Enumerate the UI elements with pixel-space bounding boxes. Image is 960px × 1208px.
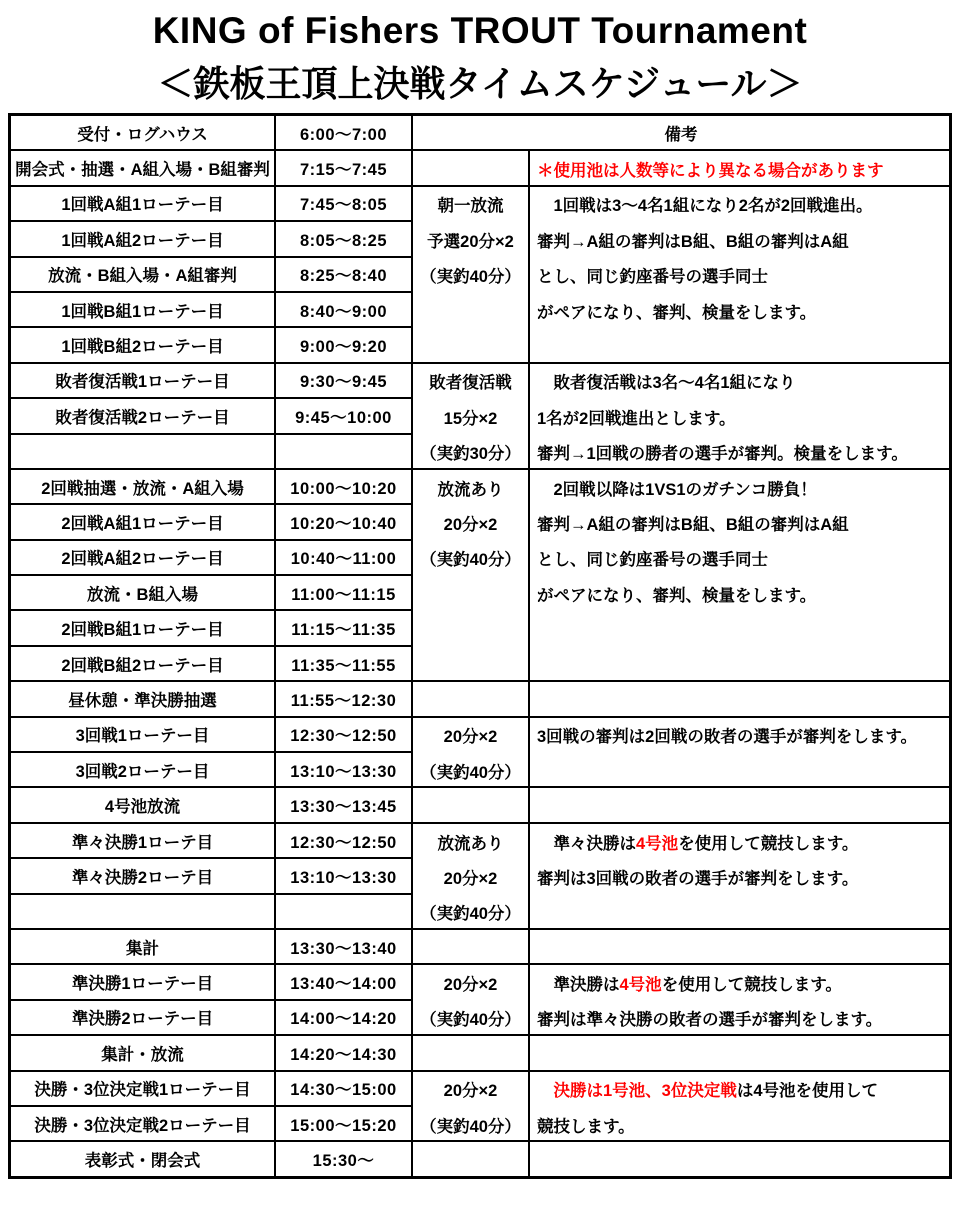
phase-cell: 放流あり20分×2（実釣40分） bbox=[413, 470, 528, 680]
remarks-cell: 準決勝は4号池を使用して競技します。審判は準々決勝の敗者の選手が審判をします。 bbox=[530, 965, 949, 1034]
event-cell: 放流・B組入場・A組審判 bbox=[11, 258, 274, 291]
time-cell: 11:00～11:15 bbox=[276, 576, 411, 609]
event-cell: 決勝・3位決定戦1ローテー目 bbox=[11, 1072, 274, 1105]
remark-line: 2回戦以降は1VS1のガチンコ勝負！ bbox=[537, 470, 949, 505]
remarks-cell bbox=[530, 788, 949, 821]
phase-cell bbox=[413, 930, 528, 963]
time-cell: 6:00～7:00 bbox=[276, 116, 411, 149]
event-cell: 1回戦A組1ローテー目 bbox=[11, 187, 274, 220]
phase-cell bbox=[413, 1036, 528, 1069]
phase-line: （実釣40分） bbox=[413, 258, 528, 293]
time-cell: 13:30～13:40 bbox=[276, 930, 411, 963]
phase-line: 敗者復活戦 bbox=[413, 364, 528, 399]
phase-line: （実釣40分） bbox=[413, 541, 528, 576]
time-cell: 8:25～8:40 bbox=[276, 258, 411, 291]
remark-line: がペアになり、審判、検量をします。 bbox=[537, 293, 949, 328]
time-cell: 14:00～14:20 bbox=[276, 1001, 411, 1034]
remarks-cell bbox=[530, 682, 949, 715]
time-cell: 9:30～9:45 bbox=[276, 364, 411, 397]
event-cell: 2回戦抽選・放流・A組入場 bbox=[11, 470, 274, 503]
event-cell: 開会式・抽選・A組入場・B組審判 bbox=[11, 151, 274, 184]
remarks-cell bbox=[530, 1036, 949, 1069]
time-cell: 12:30～12:50 bbox=[276, 718, 411, 751]
time-cell: 13:10～13:30 bbox=[276, 859, 411, 892]
remark-line: ＊使用池は人数等により異なる場合があります bbox=[537, 151, 949, 184]
time-cell: 7:15～7:45 bbox=[276, 151, 411, 184]
time-cell bbox=[276, 435, 411, 468]
phase-line: 20分×2 bbox=[413, 505, 528, 540]
phase-cell bbox=[413, 1142, 528, 1175]
remark-line: とし、同じ釣座番号の選手同士 bbox=[537, 258, 949, 293]
event-cell: 敗者復活戦2ローテー目 bbox=[11, 399, 274, 432]
event-cell: 4号池放流 bbox=[11, 788, 274, 821]
time-cell: 13:30～13:45 bbox=[276, 788, 411, 821]
phase-line: 20分×2 bbox=[413, 1072, 528, 1107]
phase-line: 放流あり bbox=[413, 824, 528, 859]
schedule-table: 備考 受付・ログハウス 6:00～7:00 開会式・抽選・A組入場・B組審判 7… bbox=[8, 113, 952, 1179]
event-cell: 放流・B組入場 bbox=[11, 576, 274, 609]
time-cell: 7:45～8:05 bbox=[276, 187, 411, 220]
event-cell: 1回戦B組1ローテー目 bbox=[11, 293, 274, 326]
time-cell: 13:10～13:30 bbox=[276, 753, 411, 786]
remarks-cell: 3回戦の審判は2回戦の敗者の選手が審判をします。 bbox=[530, 718, 949, 787]
phase-cell bbox=[413, 682, 528, 715]
time-cell: 11:55～12:30 bbox=[276, 682, 411, 715]
remarks-cell: 1回戦は3～4名1組になり2名が2回戦進出。審判→A組の審判はB組、B組の審判は… bbox=[530, 187, 949, 362]
remark-line: 審判は準々決勝の敗者の選手が審判をします。 bbox=[537, 1001, 949, 1034]
remark-line: 3回戦の審判は2回戦の敗者の選手が審判をします。 bbox=[537, 718, 949, 753]
phase-cell: 20分×2（実釣40分） bbox=[413, 1072, 528, 1141]
time-cell: 13:40～14:00 bbox=[276, 965, 411, 998]
remark-line: 1回戦は3～4名1組になり2名が2回戦進出。 bbox=[537, 187, 949, 222]
event-cell: 昼休憩・準決勝抽選 bbox=[11, 682, 274, 715]
remark-line: 準決勝は4号池を使用して競技します。 bbox=[537, 965, 949, 1000]
phase-line: （実釣40分） bbox=[413, 895, 528, 928]
phase-line: 朝一放流 bbox=[413, 187, 528, 222]
event-cell: 準決勝1ローテー目 bbox=[11, 965, 274, 998]
event-cell bbox=[11, 435, 274, 468]
remarks-cell bbox=[530, 1142, 949, 1175]
remarks-cell: 準々決勝は4号池を使用して競技します。審判は3回戦の敗者の選手が審判をします。 bbox=[530, 824, 949, 928]
time-cell bbox=[276, 895, 411, 928]
phase-cell: 20分×2（実釣40分） bbox=[413, 965, 528, 1034]
time-cell: 15:00～15:20 bbox=[276, 1107, 411, 1140]
event-cell: 2回戦A組2ローテー目 bbox=[11, 541, 274, 574]
time-cell: 14:30～15:00 bbox=[276, 1072, 411, 1105]
remark-line: 審判→A組の審判はB組、B組の審判はA組 bbox=[537, 505, 949, 540]
phase-line: 15分×2 bbox=[413, 399, 528, 434]
phase-cell: 20分×2（実釣40分） bbox=[413, 718, 528, 787]
time-cell: 9:45～10:00 bbox=[276, 399, 411, 432]
time-cell: 10:40～11:00 bbox=[276, 541, 411, 574]
schedule-subtitle: ＜鉄板王頂上決戦タイムスケジュール＞ bbox=[0, 56, 960, 107]
time-cell: 10:00～10:20 bbox=[276, 470, 411, 503]
remark-line: 審判→A組の審判はB組、B組の審判はA組 bbox=[537, 222, 949, 257]
phase-line: 予選20分×2 bbox=[413, 222, 528, 257]
event-cell: 2回戦A組1ローテー目 bbox=[11, 505, 274, 538]
time-cell: 12:30～12:50 bbox=[276, 824, 411, 857]
phase-line: 放流あり bbox=[413, 470, 528, 505]
phase-line: 20分×2 bbox=[413, 718, 528, 753]
phase-cell: 放流あり20分×2（実釣40分） bbox=[413, 824, 528, 928]
event-cell: 1回戦B組2ローテー目 bbox=[11, 328, 274, 361]
event-cell: 決勝・3位決定戦2ローテー目 bbox=[11, 1107, 274, 1140]
event-cell: 2回戦B組2ローテー目 bbox=[11, 647, 274, 680]
time-cell: 8:05～8:25 bbox=[276, 222, 411, 255]
remark-line: 敗者復活戦は3名～4名1組になり bbox=[537, 364, 949, 399]
event-cell: 3回戦2ローテー目 bbox=[11, 753, 274, 786]
time-cell: 10:20～10:40 bbox=[276, 505, 411, 538]
remark-line: 競技します。 bbox=[537, 1107, 949, 1140]
remark-line: 審判は3回戦の敗者の選手が審判をします。 bbox=[537, 859, 949, 894]
remarks-cell: 2回戦以降は1VS1のガチンコ勝負！審判→A組の審判はB組、B組の審判はA組とし… bbox=[530, 470, 949, 680]
phase-line: （実釣30分） bbox=[413, 435, 528, 468]
time-cell: 11:15～11:35 bbox=[276, 611, 411, 644]
phase-line: 20分×2 bbox=[413, 859, 528, 894]
event-cell: 敗者復活戦1ローテー目 bbox=[11, 364, 274, 397]
phase-line: （実釣40分） bbox=[413, 753, 528, 786]
time-cell: 11:35～11:55 bbox=[276, 647, 411, 680]
event-cell: 準々決勝1ローテ目 bbox=[11, 824, 274, 857]
time-cell: 8:40～9:00 bbox=[276, 293, 411, 326]
title-block: KING of Fishers TROUT Tournament ＜鉄板王頂上決… bbox=[0, 0, 960, 107]
phase-line: （実釣40分） bbox=[413, 1001, 528, 1034]
event-cell: 集計 bbox=[11, 930, 274, 963]
tournament-title: KING of Fishers TROUT Tournament bbox=[0, 10, 960, 52]
phase-line: （実釣40分） bbox=[413, 1107, 528, 1140]
phase-cell: 敗者復活戦15分×2（実釣30分） bbox=[413, 364, 528, 468]
event-cell: 3回戦1ローテー目 bbox=[11, 718, 274, 751]
remark-line: 1名が2回戦進出とします。 bbox=[537, 399, 949, 434]
phase-line: 20分×2 bbox=[413, 965, 528, 1000]
time-cell: 9:00～9:20 bbox=[276, 328, 411, 361]
event-cell: 準々決勝2ローテ目 bbox=[11, 859, 274, 892]
time-cell: 15:30～ bbox=[276, 1142, 411, 1175]
event-cell: 1回戦A組2ローテー目 bbox=[11, 222, 274, 255]
event-cell: 集計・放流 bbox=[11, 1036, 274, 1069]
phase-cell bbox=[413, 788, 528, 821]
phase-cell bbox=[413, 151, 528, 184]
remark-line: がペアになり、審判、検量をします。 bbox=[537, 576, 949, 611]
event-cell bbox=[11, 895, 274, 928]
remarks-cell: ＊使用池は人数等により異なる場合があります bbox=[530, 151, 949, 184]
event-cell: 表彰式・閉会式 bbox=[11, 1142, 274, 1175]
time-cell: 14:20～14:30 bbox=[276, 1036, 411, 1069]
remarks-header-cell: 備考 bbox=[413, 116, 949, 149]
page: KING of Fishers TROUT Tournament ＜鉄板王頂上決… bbox=[0, 0, 960, 1208]
remark-line: 準々決勝は4号池を使用して競技します。 bbox=[537, 824, 949, 859]
remarks-cell bbox=[530, 930, 949, 963]
event-cell: 準決勝2ローテー目 bbox=[11, 1001, 274, 1034]
phase-cell: 朝一放流予選20分×2（実釣40分） bbox=[413, 187, 528, 362]
remark-line: とし、同じ釣座番号の選手同士 bbox=[537, 541, 949, 576]
event-cell: 受付・ログハウス bbox=[11, 116, 274, 149]
remark-line: 審判→1回戦の勝者の選手が審判。検量をします。 bbox=[537, 435, 949, 468]
remark-line: 決勝は1号池、3位決定戦は4号池を使用して bbox=[537, 1072, 949, 1107]
remarks-cell: 決勝は1号池、3位決定戦は4号池を使用して競技します。 bbox=[530, 1072, 949, 1141]
event-cell: 2回戦B組1ローテー目 bbox=[11, 611, 274, 644]
remarks-cell: 敗者復活戦は3名～4名1組になり1名が2回戦進出とします。審判→1回戦の勝者の選… bbox=[530, 364, 949, 468]
